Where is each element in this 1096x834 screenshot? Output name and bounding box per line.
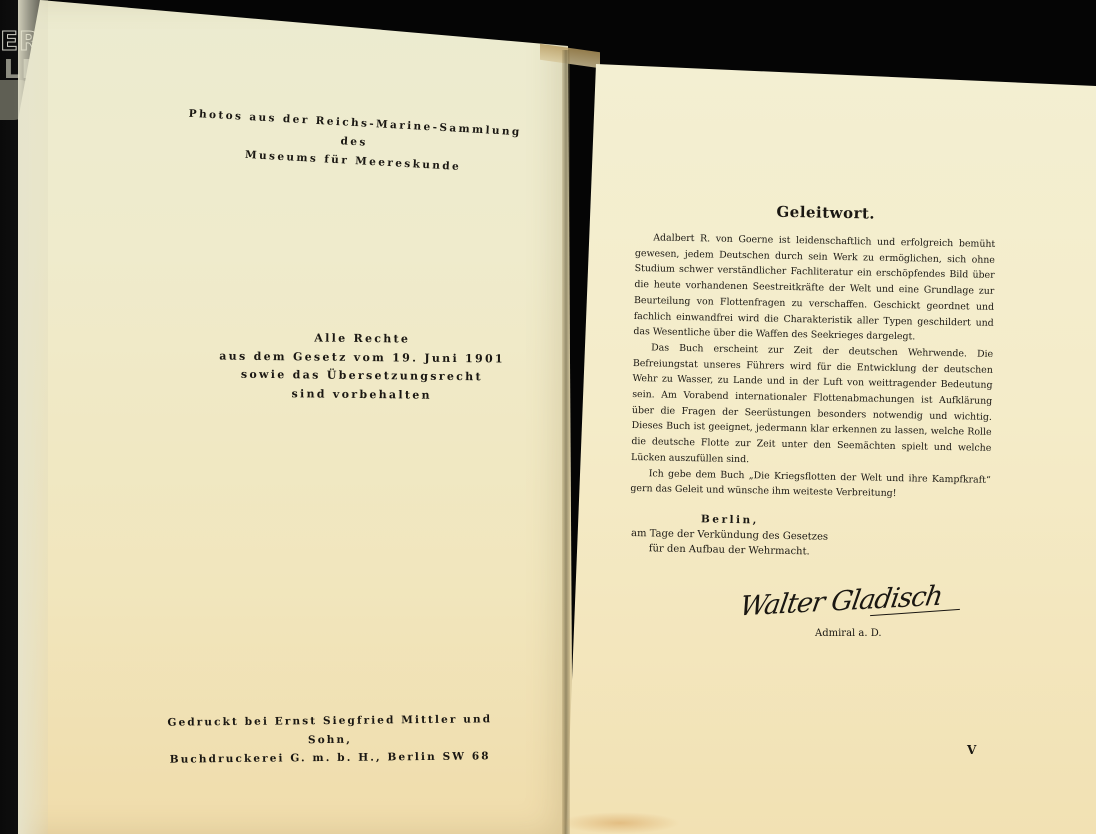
foreword-paragraph: Adalbert R. von Goerne ist leidenschaftl… xyxy=(633,230,995,347)
foreword-paragraph: Das Buch erscheint zur Zeit der deutsche… xyxy=(631,340,993,473)
book-gutter xyxy=(562,50,570,834)
foreword-paragraph: Ich gebe dem Buch „Die Kriegsflotten der… xyxy=(630,465,991,503)
rights-notice: Alle Rechte aus dem Gesetz vom 19. Juni … xyxy=(212,328,513,405)
paper-stain xyxy=(560,812,680,834)
left-page-edge xyxy=(18,0,48,834)
printer-line: Buchdruckerei G. m. b. H., Berlin SW 68 xyxy=(150,747,510,769)
signature: Walter Gladisch xyxy=(740,586,970,626)
signature-text: Walter Gladisch xyxy=(738,581,945,623)
rights-line: sind vorbehalten xyxy=(212,384,512,406)
foreword: Geleitwort. Adalbert R. von Goerne ist l… xyxy=(629,200,996,563)
printer-line: Gedruckt bei Ernst Siegfried Mittler und… xyxy=(150,710,510,751)
foreword-dateline: Berlin, am Tage der Verkündung des Geset… xyxy=(629,511,830,560)
printer-imprint: Gedruckt bei Ernst Siegfried Mittler und… xyxy=(150,710,511,769)
rights-line: sowie das Übersetzungsrecht xyxy=(212,365,512,387)
page-number: V xyxy=(967,743,976,757)
signatory-rank: Admiral a. D. xyxy=(815,628,882,639)
